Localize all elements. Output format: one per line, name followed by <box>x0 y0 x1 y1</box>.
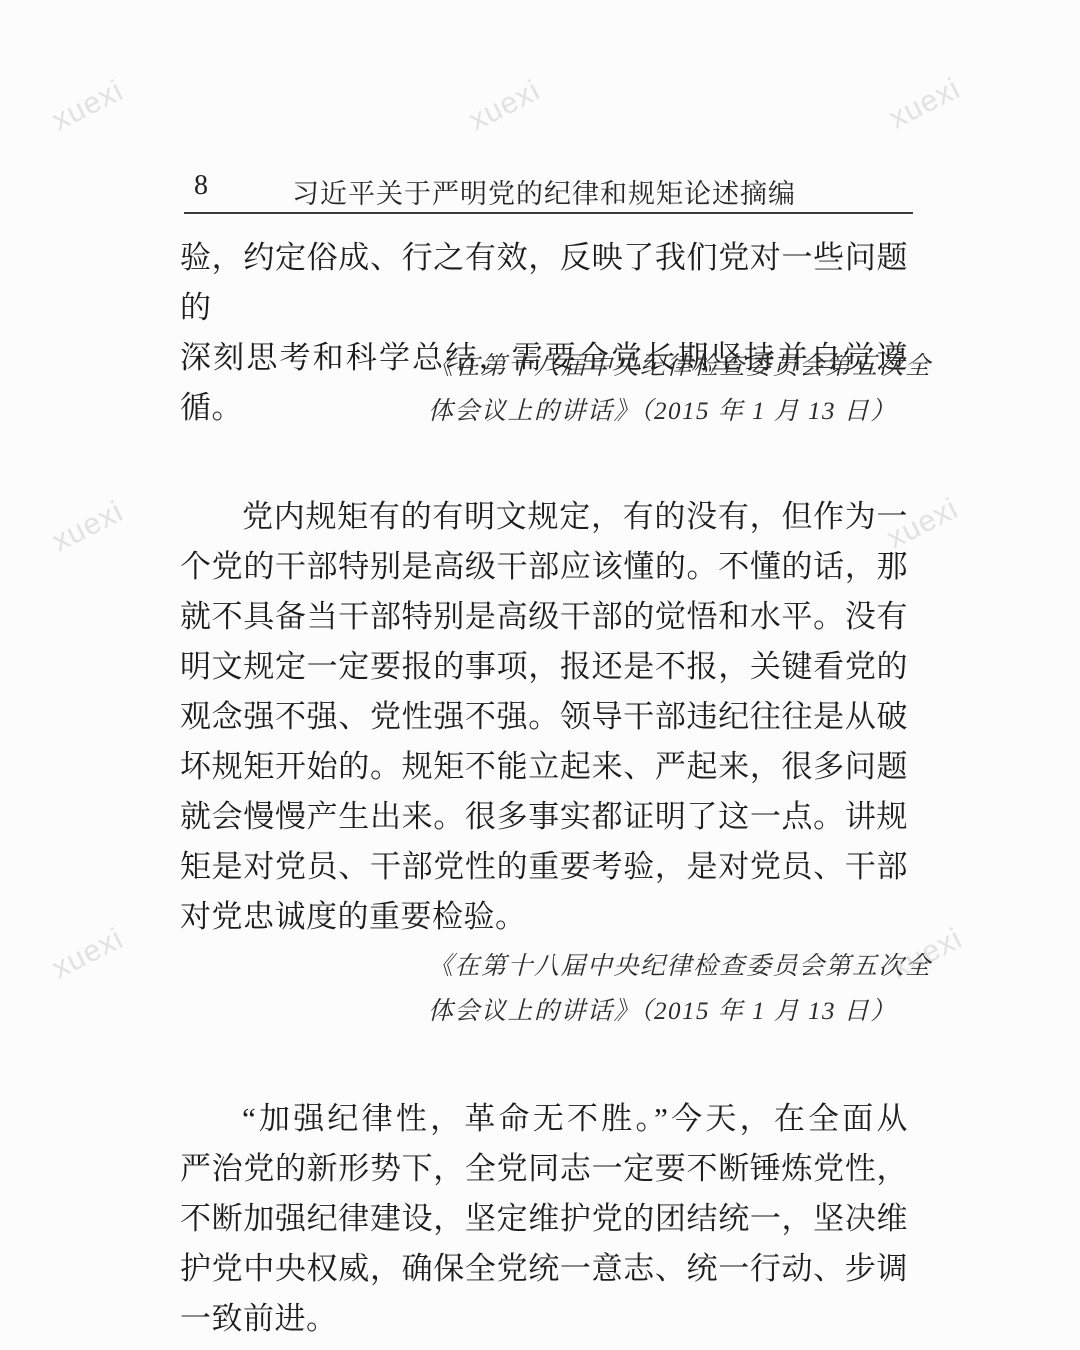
text-line: “加强纪律性，革命无不胜。”今天，在全面从 <box>180 1094 908 1144</box>
text-line: 对党忠诚度的重要检验。 <box>180 892 908 942</box>
xuexi-watermark: xuexi <box>47 495 129 559</box>
text-line: 一致前进。 <box>180 1294 908 1344</box>
text-line: 个党的干部特别是高级干部应该懂的。不懂的话，那 <box>180 542 908 592</box>
text-line: 就不具备当干部特别是高级干部的觉悟和水平。没有 <box>180 592 908 642</box>
text-line: 《在第十八届中央纪律检查委员会第五次全 <box>428 944 1080 989</box>
text-line: 观念强不强、党性强不强。领导干部违纪往往是从破 <box>180 692 908 742</box>
xuexi-watermark: xuexi <box>47 74 129 138</box>
text-line: 党内规矩有的有明文规定，有的没有，但作为一 <box>180 492 908 542</box>
text-line: 护党中央权威，确保全党统一意志、统一行动、步调 <box>180 1244 908 1294</box>
source-citation: 《在第十八届中央纪律检查委员会第五次全体会议上的讲话》（2015 年 1 月 1… <box>180 344 1080 434</box>
paragraph: 党内规矩有的有明文规定，有的没有，但作为一个党的干部特别是高级干部应该懂的。不懂… <box>180 492 908 942</box>
xuexi-watermark: xuexi <box>47 922 129 986</box>
xuexi-watermark: xuexi <box>464 74 546 138</box>
header-rule <box>184 212 913 214</box>
text-line: 明文规定一定要报的事项，报还是不报，关键看党的 <box>180 642 908 692</box>
text-line: 就会慢慢产生出来。很多事实都证明了这一点。讲规 <box>180 792 908 842</box>
running-title: 习近平关于严明党的纪律和规矩论述摘编 <box>180 172 908 211</box>
text-line: 坏规矩开始的。规矩不能立起来、严起来，很多问题 <box>180 742 908 792</box>
running-header: 8 习近平关于严明党的纪律和规矩论述摘编 <box>180 170 908 206</box>
text-line: 矩是对党员、干部党性的重要考验，是对党员、干部 <box>180 842 908 892</box>
paragraph: “加强纪律性，革命无不胜。”今天，在全面从严治党的新形势下，全党同志一定要不断锤… <box>180 1094 908 1344</box>
text-line: 严治党的新形势下，全党同志一定要不断锤炼党性， <box>180 1144 908 1194</box>
book-page: xuexi xuexi xuexi xuexi xuexi xuexi xuex… <box>0 0 1080 1350</box>
text-line: 体会议上的讲话》（2015 年 1 月 13 日） <box>428 989 1080 1034</box>
source-citation: 《在第十八届中央纪律检查委员会第五次全体会议上的讲话》（2015 年 1 月 1… <box>180 944 1080 1034</box>
text-line: 不断加强纪律建设，坚定维护党的团结统一，坚决维 <box>180 1194 908 1244</box>
text-line: 验，约定俗成、行之有效，反映了我们党对一些问题的 <box>180 233 908 333</box>
xuexi-watermark: xuexi <box>884 72 966 136</box>
text-line: 体会议上的讲话》（2015 年 1 月 13 日） <box>428 389 1080 434</box>
text-line: 《在第十八届中央纪律检查委员会第五次全 <box>428 344 1080 389</box>
